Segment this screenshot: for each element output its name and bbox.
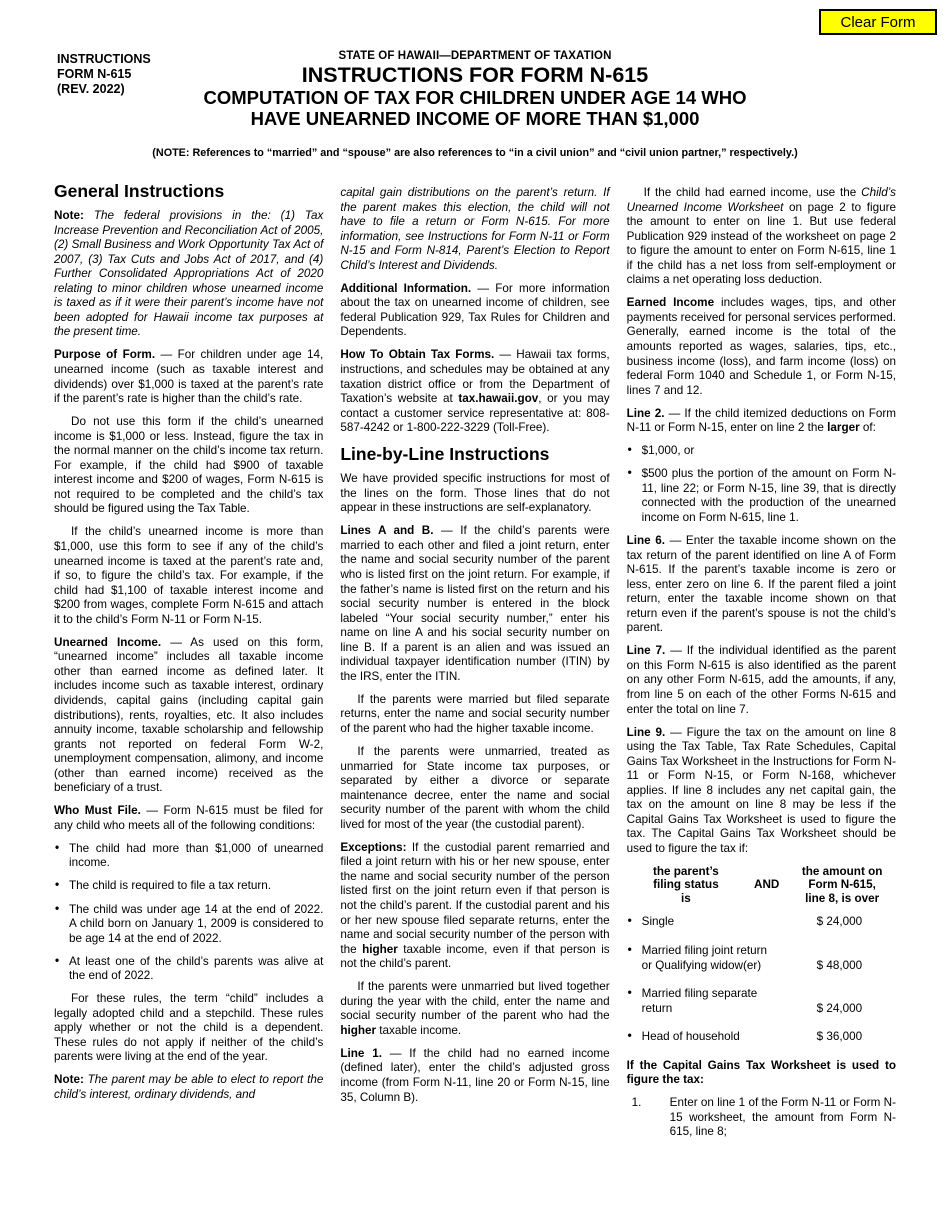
text-segment: Purpose of Form. xyxy=(54,348,155,361)
bullet-item: •The child was under age 14 at the end o… xyxy=(54,903,323,947)
filing-table-header: the parent’sfiling statusisANDthe amount… xyxy=(627,865,896,906)
label-line: Head of household xyxy=(642,1030,783,1045)
paragraph: If the Capital Gains Tax Worksheet is us… xyxy=(627,1059,896,1088)
text-segment: of: xyxy=(860,421,876,434)
text-segment: If the child’s unearned income is more t… xyxy=(54,525,323,625)
text-segment: At least one of the child’s parents was … xyxy=(69,955,323,983)
instruction-columns: General InstructionsNote: The federal pr… xyxy=(54,181,896,1148)
label-line: Single xyxy=(642,915,783,930)
text-segment: — If the child’s parents were married to… xyxy=(340,524,609,682)
paragraph: Additional Information. — For more infor… xyxy=(340,282,609,340)
paragraph: If the parents were unmarried, treated a… xyxy=(340,745,609,832)
label-line: return xyxy=(642,1002,783,1017)
text-segment: Line 9. xyxy=(627,726,666,739)
paragraph: How To Obtain Tax Forms. — Hawaii tax fo… xyxy=(340,348,609,435)
text-segment: includes wages, tips, and other payments… xyxy=(627,296,896,396)
filing-status-label: •Married filing separatereturn xyxy=(627,987,783,1016)
filing-amount: $ 48,000 xyxy=(783,959,896,974)
text-segment: If the parents were unmarried but lived … xyxy=(340,980,609,1022)
text-segment: Line 1. xyxy=(340,1047,382,1060)
filing-table-row: •Married filing joint returnor Qualifyin… xyxy=(627,944,896,973)
filing-status-label: •Married filing joint returnor Qualifyin… xyxy=(627,944,783,973)
column-1: General InstructionsNote: The federal pr… xyxy=(54,181,323,1148)
bullet-icon: • xyxy=(628,914,632,929)
text-segment: How To Obtain Tax Forms. xyxy=(340,348,494,361)
paragraph: Note: The parent may be able to elect to… xyxy=(54,1073,323,1102)
paragraph: Exceptions: If the custodial parent rema… xyxy=(340,841,609,972)
text-segment: tax.hawaii.gov xyxy=(458,392,538,405)
bullet-text: The child was under age 14 at the end of… xyxy=(69,903,323,945)
paragraph: We have provided specific instructions f… xyxy=(340,472,609,516)
paragraph: Earned Income includes wages, tips, and … xyxy=(627,296,896,398)
bullet-icon: • xyxy=(55,841,59,856)
filing-status-table: the parent’sfiling statusisANDthe amount… xyxy=(627,865,896,1045)
text-segment: The child was under age 14 at the end of… xyxy=(69,903,323,945)
text-segment: Earned Income xyxy=(627,296,714,309)
paragraph: Lines A and B. — If the child’s parents … xyxy=(340,524,609,684)
bullet-icon: • xyxy=(628,986,632,1001)
text-segment: Who Must File. xyxy=(54,804,141,817)
bullet-text: The child had more than $1,000 of unearn… xyxy=(69,842,323,870)
label-line: Married filing separate xyxy=(642,987,783,1002)
text-segment: — As used on this form, “unearned income… xyxy=(54,636,323,794)
page: Clear Form INSTRUCTIONS FORM N-615 (REV.… xyxy=(0,0,950,1230)
paragraph: Note: The federal provisions in the: (1)… xyxy=(54,209,323,340)
bullet-text: The child is required to file a tax retu… xyxy=(69,879,271,892)
filing-table-row: •Married filing separatereturn$ 24,000 xyxy=(627,987,896,1016)
header-amount: the amount onForm N-615,line 8, is over xyxy=(788,865,896,906)
header-filing-status: the parent’sfiling statusis xyxy=(627,865,746,906)
filing-table-row: •Head of household$ 36,000 xyxy=(627,1030,896,1045)
header-and: AND xyxy=(745,878,788,892)
column-2: capital gain distributions on the parent… xyxy=(340,181,609,1148)
page-subtitle-1: COMPUTATION OF TAX FOR CHILDREN UNDER AG… xyxy=(0,87,950,108)
bullet-icon: • xyxy=(628,943,632,958)
text-segment: $1,000, or xyxy=(642,444,695,457)
bullet-item: •The child is required to file a tax ret… xyxy=(54,879,323,894)
text-segment: Note: xyxy=(54,1073,88,1086)
text-segment: Additional Information. xyxy=(340,282,471,295)
bullet-icon: • xyxy=(628,1029,632,1044)
text-segment: larger xyxy=(827,421,859,434)
text-segment: The parent may be able to elect to repor… xyxy=(54,1073,323,1101)
paragraph: If the parents were married but filed se… xyxy=(340,693,609,737)
text-segment: $500 plus the portion of the amount on F… xyxy=(642,467,896,524)
text-segment: higher xyxy=(340,1024,376,1037)
text-segment: If the custodial parent remarried and fi… xyxy=(340,841,609,956)
paragraph: Do not use this form if the child’s unea… xyxy=(54,415,323,517)
agency-line: STATE OF HAWAII—DEPARTMENT OF TAXATION xyxy=(0,50,950,62)
text-segment: Do not use this form if the child’s unea… xyxy=(54,415,323,515)
text-segment: capital gain distributions on the parent… xyxy=(340,186,609,272)
paragraph: If the child’s unearned income is more t… xyxy=(54,525,323,627)
bullet-icon: • xyxy=(628,466,632,481)
text-segment: — Figure the tax on the amount on line 8… xyxy=(627,726,896,855)
item-number: 1. xyxy=(632,1096,642,1111)
bullet-icon: • xyxy=(628,443,632,458)
label-line: or Qualifying widow(er) xyxy=(642,959,783,974)
filing-amount: $ 24,000 xyxy=(783,1002,896,1017)
text-segment: Lines A and B. xyxy=(340,524,433,537)
paragraph: Line 2. — If the child itemized deductio… xyxy=(627,407,896,436)
clear-form-button[interactable]: Clear Form xyxy=(819,9,937,35)
item-text: Enter on line 1 of the Form N-11 or Form… xyxy=(670,1096,896,1138)
bullet-item: •$500 plus the portion of the amount on … xyxy=(627,467,896,525)
text-segment: — If the individual identified as the pa… xyxy=(627,644,896,715)
paragraph: Line 9. — Figure the tax on the amount o… xyxy=(627,726,896,857)
text-segment: The federal provisions in the: (1) Tax I… xyxy=(54,209,323,338)
bullet-icon: • xyxy=(55,954,59,969)
numbered-item: 1.Enter on line 1 of the Form N-11 or Fo… xyxy=(627,1096,896,1140)
header-line: the amount on xyxy=(788,865,896,879)
text-segment: Line 2. xyxy=(627,407,665,420)
filing-table-row: •Single$ 24,000 xyxy=(627,915,896,930)
text-segment: Line 6. xyxy=(627,534,665,547)
text-segment: Enter on line 1 of the Form N-11 or Form… xyxy=(670,1096,896,1138)
text-segment: higher xyxy=(362,943,398,956)
label-line: Married filing joint return xyxy=(642,944,783,959)
text-segment: The child is required to file a tax retu… xyxy=(69,879,271,892)
column-3: If the child had earned income, use the … xyxy=(627,181,896,1148)
paragraph: Purpose of Form. — For children under ag… xyxy=(54,348,323,406)
header-line: the parent’s xyxy=(627,865,746,879)
header-line: Form N-615, xyxy=(788,878,896,892)
text-segment: taxable income. xyxy=(376,1024,461,1037)
text-segment: If the child had earned income, use the xyxy=(644,186,861,199)
text-segment: If the Capital Gains Tax Worksheet is us… xyxy=(627,1059,896,1087)
text-segment: Note: xyxy=(54,209,94,222)
civil-union-note: (NOTE: References to “married” and “spou… xyxy=(0,147,950,159)
section-heading: Line-by-Line Instructions xyxy=(340,444,609,465)
filing-amount: $ 36,000 xyxy=(783,1030,896,1045)
bullet-item: •The child had more than $1,000 of unear… xyxy=(54,842,323,871)
bullet-icon: • xyxy=(55,878,59,893)
text-segment: We have provided specific instructions f… xyxy=(340,472,609,514)
filing-amount: $ 24,000 xyxy=(783,915,896,930)
text-segment: Exceptions: xyxy=(340,841,406,854)
text-segment: Unearned Income. xyxy=(54,636,161,649)
paragraph: capital gain distributions on the parent… xyxy=(340,186,609,273)
text-segment: — Enter the taxable income shown on the … xyxy=(627,534,896,634)
paragraph: Who Must File. — Form N-615 must be file… xyxy=(54,804,323,833)
filing-status-label: •Head of household xyxy=(627,1030,783,1045)
page-subtitle-2: HAVE UNEARNED INCOME OF MORE THAN $1,000 xyxy=(0,108,950,129)
text-segment: For these rules, the term “child” includ… xyxy=(54,992,323,1063)
header: STATE OF HAWAII—DEPARTMENT OF TAXATION I… xyxy=(0,50,950,129)
bullet-item: •$1,000, or xyxy=(627,444,896,459)
bullet-text: $1,000, or xyxy=(642,444,695,457)
header-line: filing status xyxy=(627,878,746,892)
paragraph: For these rules, the term “child” includ… xyxy=(54,992,323,1065)
text-segment: The child had more than $1,000 of unearn… xyxy=(69,842,323,870)
bullet-text: At least one of the child’s parents was … xyxy=(69,955,323,983)
bullet-item: •At least one of the child’s parents was… xyxy=(54,955,323,984)
paragraph: Line 1. — If the child had no earned inc… xyxy=(340,1047,609,1105)
paragraph: Line 7. — If the individual identified a… xyxy=(627,644,896,717)
paragraph: If the child had earned income, use the … xyxy=(627,186,896,288)
bullet-icon: • xyxy=(55,902,59,917)
page-title: INSTRUCTIONS FOR FORM N-615 xyxy=(0,63,950,87)
filing-status-label: •Single xyxy=(627,915,783,930)
paragraph: Line 6. — Enter the taxable income shown… xyxy=(627,534,896,636)
header-line: line 8, is over xyxy=(788,892,896,906)
header-line: is xyxy=(627,892,746,906)
paragraph: Unearned Income. — As used on this form,… xyxy=(54,636,323,796)
section-heading: General Instructions xyxy=(54,181,323,202)
text-segment: Line 7. xyxy=(627,644,666,657)
text-segment: If the parents were unmarried, treated a… xyxy=(340,745,609,831)
paragraph: If the parents were unmarried but lived … xyxy=(340,980,609,1038)
text-segment: If the parents were married but filed se… xyxy=(340,693,609,735)
bullet-text: $500 plus the portion of the amount on F… xyxy=(642,467,896,524)
